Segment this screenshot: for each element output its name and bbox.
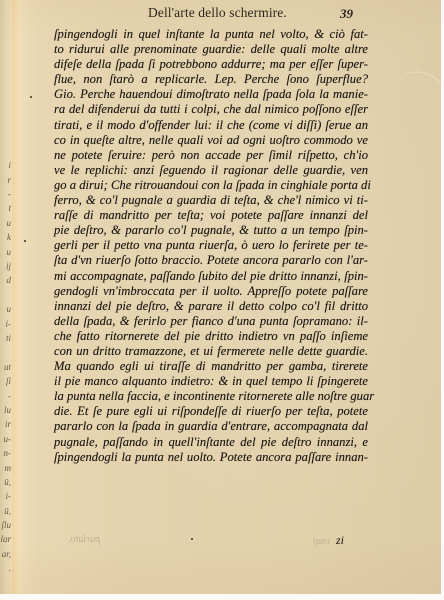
margin-fragment: t	[0, 201, 12, 215]
margin-fragment: u-	[0, 432, 12, 446]
margin-fragment: i	[0, 158, 12, 172]
text-line: gendogli vn'imbroccata per il uolto. App…	[54, 284, 368, 299]
margin-fragment: ut	[0, 360, 12, 374]
ink-speck	[110, 455, 111, 456]
margin-fragment: ti	[0, 331, 12, 345]
text-line: Gio. Perche hauendoui dimoſtrato nella ſ…	[54, 87, 368, 102]
margin-fragment	[0, 86, 12, 100]
margin-fragment: u	[0, 216, 12, 230]
page-header: Dell'arte dello schermire. 39	[0, 4, 444, 24]
text-line: con un dritto tramazzone, et ui fermeret…	[54, 344, 368, 359]
scanned-page: ir-tukuijdui-tiutſi-luiru-n-mū,i-ū,ſlula…	[0, 0, 444, 600]
ink-speck	[191, 538, 193, 540]
margin-fragment: lu	[0, 403, 12, 417]
text-line: pugnale, paſſando in quell'inſtante del …	[54, 435, 368, 450]
catchword: zi	[336, 533, 344, 548]
margin-fragment	[0, 130, 12, 144]
margin-fragment: u	[0, 302, 12, 316]
text-line: mi accompagnate, paſſando ſubito del pie…	[54, 269, 368, 284]
running-head: Dell'arte dello schermire.	[148, 5, 287, 21]
margin-fragment: -	[0, 389, 12, 403]
text-line: tirati, e il modo d'offender lui: il che…	[54, 118, 368, 133]
text-line: della ſpada, & ferirlo per fianco d'una …	[54, 314, 368, 329]
margin-fragment: i-	[0, 317, 12, 331]
text-line: co in queſte altre, nelle quali voi ad o…	[54, 133, 368, 148]
text-line: che fatto ritornerete del pie dritto ind…	[54, 329, 368, 344]
text-line: pararlo con la ſpada in guardia d'entrar…	[54, 419, 368, 434]
margin-fragment	[0, 345, 12, 359]
margin-fragment	[0, 58, 12, 72]
text-line: difeſe della ſpada ſi potrebbono addurre…	[54, 57, 368, 72]
paper-leaf: ir-tukuijdui-tiutſi-luiru-n-mū,i-ū,ſlula…	[0, 0, 441, 594]
text-line: ve le replichi: anzi ſeguendo il ragiona…	[54, 163, 368, 178]
margin-fragment: n-	[0, 446, 12, 460]
text-line: innanzi del pie deſtro, & parare il dett…	[54, 299, 368, 314]
margin-fragment	[0, 115, 12, 129]
page-number: 39	[340, 6, 353, 22]
text-line: il pie manco alquanto indietro: & in que…	[54, 374, 368, 389]
text-line: ferro, & co'l pugnale a guardia di teſta…	[54, 193, 368, 208]
gutter-fold	[12, 0, 22, 594]
margin-fragment: i-	[0, 489, 12, 503]
text-line: die. Et ſe pure egli ui riſpondeſſe di r…	[54, 404, 368, 419]
show-through-text-right: vnaj	[313, 536, 330, 547]
facing-page-margin: ir-tukuijdui-tiutſi-luiru-n-mū,i-ū,ſlula…	[0, 0, 12, 594]
text-line: gerli per il petto vna punta riuerſa, ò …	[54, 238, 368, 253]
margin-fragment: d	[0, 273, 12, 287]
margin-fragment: ir	[0, 417, 12, 431]
margin-fragment: ſlu	[0, 518, 12, 532]
margin-fragment: lar	[0, 532, 12, 546]
ink-speck	[24, 240, 26, 242]
ink-speck	[30, 96, 32, 98]
margin-fragment	[0, 43, 12, 57]
margin-fragment: -	[0, 187, 12, 201]
margin-fragment: m	[0, 461, 12, 475]
body-text: ſpingendogli in quel inſtante la punta n…	[54, 27, 368, 465]
margin-fragment: ij	[0, 259, 12, 273]
margin-fragment: r	[0, 173, 12, 187]
margin-fragment	[0, 29, 12, 43]
text-line: ra del difenderui da tutti i colpi, che …	[54, 102, 368, 117]
text-line: to ridurui alle prenominate guardie: del…	[54, 42, 368, 57]
margin-fragment: ar,	[0, 547, 12, 561]
text-line: raſſe di mandritto per teſta; voi potete…	[54, 208, 368, 223]
margin-fragment: ū,	[0, 504, 12, 518]
margin-fragment	[0, 288, 12, 302]
text-line: flue, non ſtarò a replicarle. Lep. Perch…	[54, 72, 368, 87]
margin-fragment	[0, 101, 12, 115]
margin-fragment	[0, 144, 12, 158]
margin-fragment: .	[0, 561, 12, 575]
text-line: Ma quando egli ui tiraſſe di mandritto p…	[54, 359, 368, 374]
margin-fragment: ſi	[0, 374, 12, 388]
text-line: ne potete ſeruire: però non accade per ſ…	[54, 148, 368, 163]
text-line: ſta d'vn riuerſo ſotto braccio. Potete a…	[54, 253, 368, 268]
text-line: la punta nella faccia, e incontinente ri…	[54, 389, 368, 404]
text-line: pie deſtro, & pararlo co'l pugnale, & tu…	[54, 223, 368, 238]
margin-fragment: k	[0, 230, 12, 244]
paper-crease	[390, 65, 444, 119]
text-line: ſpingendogli la punta nel uolto. Potete …	[54, 450, 368, 465]
margin-fragment: u	[0, 245, 12, 259]
margin-fragment: ū,	[0, 475, 12, 489]
show-through-text-left: parlato.	[68, 534, 100, 545]
margin-fragment	[0, 72, 12, 86]
text-line: go a dirui; Che ritrouandoui con la ſpad…	[54, 178, 368, 193]
text-line: ſpingendogli in quel inſtante la punta n…	[54, 27, 368, 42]
